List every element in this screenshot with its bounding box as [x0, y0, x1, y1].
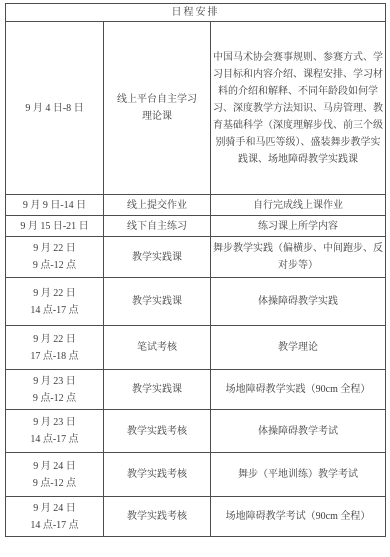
content-cell: 体操障碍教学实践 — [211, 278, 386, 326]
schedule-row: 9 月 9 日-14 日 线上提交作业 自行完成线上课作业 — [6, 195, 386, 216]
date-cell: 9 月 24 日 9 点-12 点 — [6, 453, 104, 497]
content-cell: 场地障碍教学实践（90cm 全程） — [211, 370, 386, 410]
date-cell: 9 月 22 日 14 点-17 点 — [6, 278, 104, 326]
content-cell: 教学理论 — [211, 326, 386, 370]
course-cell: 教学实践课 — [104, 237, 211, 278]
schedule-row: 9 月 24 日 9 点-12 点 教学实践考核 舞步（平地训练）教学考试 — [6, 453, 386, 497]
date-cell: 9 月 23 日 9 点-12 点 — [6, 370, 104, 410]
course-cell: 线下自主练习 — [104, 216, 211, 237]
content-cell: 体操障碍教学考试 — [211, 410, 386, 453]
course-cell: 教学实践考核 — [104, 410, 211, 453]
schedule-table: 日程安排 9 月 4 日-8 日 线上平台自主学习 理论课 中国马术协会赛事规则… — [5, 3, 386, 537]
content-cell: 场地障碍教学考试（90cm 全程） — [211, 497, 386, 537]
content-cell: 舞步教学实践（偏横步、中间跑步、反对步等） — [211, 237, 386, 278]
content-cell: 中国马术协会赛事规则、参赛方式、学习目标和内容介绍、课程安排、学习材料的介绍和解… — [211, 22, 386, 195]
schedule-row: 9 月 23 日 9 点-12 点 教学实践课 场地障碍教学实践（90cm 全程… — [6, 370, 386, 410]
course-cell: 教学实践课 — [104, 370, 211, 410]
course-cell: 线上平台自主学习 理论课 — [104, 22, 211, 195]
schedule-row: 9 月 22 日 17 点-18 点 笔试考核 教学理论 — [6, 326, 386, 370]
date-cell: 9 月 22 日 17 点-18 点 — [6, 326, 104, 370]
content-cell: 自行完成线上课作业 — [211, 195, 386, 216]
schedule-row: 9 月 23 日 14 点-17 点 教学实践考核 体操障碍教学考试 — [6, 410, 386, 453]
date-cell: 9 月 24 日 14 点-17 点 — [6, 497, 104, 537]
schedule-row: 9 月 4 日-8 日 线上平台自主学习 理论课 中国马术协会赛事规则、参赛方式… — [6, 22, 386, 195]
course-cell: 线上提交作业 — [104, 195, 211, 216]
schedule-row: 9 月 15 日-21 日 线下自主练习 练习课上所学内容 — [6, 216, 386, 237]
table-title: 日程安排 — [6, 4, 386, 22]
course-cell: 教学实践考核 — [104, 453, 211, 497]
date-cell: 9 月 22 日 9 点-12 点 — [6, 237, 104, 278]
schedule-document-page: 日程安排 9 月 4 日-8 日 线上平台自主学习 理论课 中国马术协会赛事规则… — [0, 0, 390, 557]
date-cell: 9 月 23 日 14 点-17 点 — [6, 410, 104, 453]
schedule-row: 9 月 24 日 14 点-17 点 教学实践考核 场地障碍教学考试（90cm … — [6, 497, 386, 537]
table-title-row: 日程安排 — [6, 4, 386, 22]
content-cell: 练习课上所学内容 — [211, 216, 386, 237]
course-cell: 笔试考核 — [104, 326, 211, 370]
course-cell: 教学实践课 — [104, 278, 211, 326]
date-cell: 9 月 4 日-8 日 — [6, 22, 104, 195]
date-cell: 9 月 15 日-21 日 — [6, 216, 104, 237]
content-cell: 舞步（平地训练）教学考试 — [211, 453, 386, 497]
date-cell: 9 月 9 日-14 日 — [6, 195, 104, 216]
course-cell: 教学实践考核 — [104, 497, 211, 537]
schedule-row: 9 月 22 日 14 点-17 点 教学实践课 体操障碍教学实践 — [6, 278, 386, 326]
schedule-row: 9 月 22 日 9 点-12 点 教学实践课 舞步教学实践（偏横步、中间跑步、… — [6, 237, 386, 278]
